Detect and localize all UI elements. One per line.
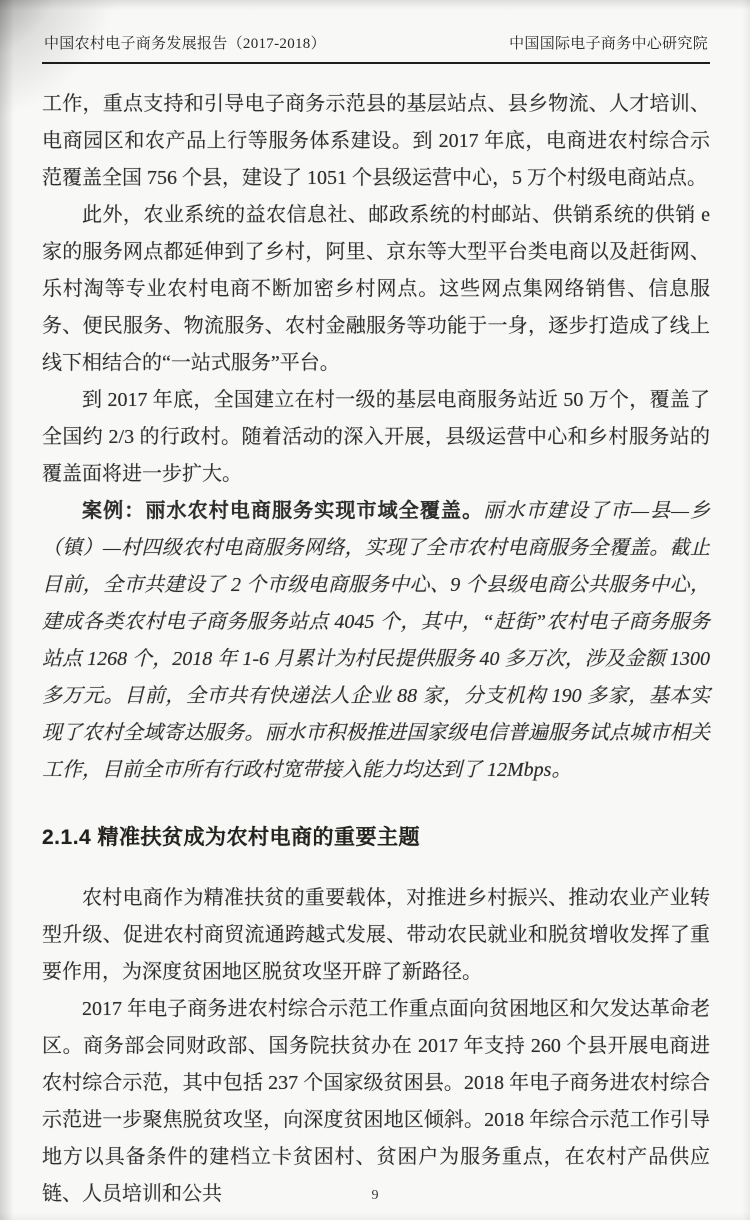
document-body: 工作，重点支持和引导电子商务示范县的基层站点、县乡物流、人才培训、电商园区和农产… [42,70,710,1213]
case-study-body: 丽水市建设了市—县—乡（镇）—村四级农村电商服务网络，实现了全市农村电商服务全覆… [42,500,710,781]
paragraph-service-networks: 此外，农业系统的益农信息社、邮政系统的村邮站、供销系统的供销 e 家的服务网点都… [42,197,710,382]
page-header: 中国农村电子商务发展报告（2017-2018） 中国国际电子商务中心研究院 [42,26,710,62]
section-heading-2-1-4: 2.1.4 精准扶贫成为农村电商的重要主题 [42,819,710,856]
paragraph-demonstration-counties: 2017 年电子商务进农村综合示范工作重点面向贫困地区和欠发达革命老区。商务部会… [42,991,710,1213]
header-right-title: 中国国际电子商务中心研究院 [509,32,708,53]
document-page: 中国农村电子商务发展报告（2017-2018） 中国国际电子商务中心研究院 工作… [0,0,750,1220]
paragraph-village-stations: 到 2017 年底，全国建立在村一级的基层电商服务站近 50 万个，覆盖了全国约… [42,382,710,493]
header-left-title: 中国农村电子商务发展报告（2017-2018） [44,32,326,53]
case-study-paragraph: 案例：丽水农村电商服务实现市域全覆盖。丽水市建设了市—县—乡（镇）—村四级农村电… [42,493,710,789]
page-footer: 9 [0,1188,750,1204]
header-divider [42,62,710,64]
case-study-label: 案例：丽水农村电商服务实现市域全覆盖。 [82,500,483,522]
paragraph-poverty-alleviation: 农村电商作为精准扶贫的重要载体，对推进乡村振兴、推动农业产业转型升级、促进农村商… [42,880,710,991]
page-number: 9 [372,1188,379,1203]
paragraph-continuation: 工作，重点支持和引导电子商务示范县的基层站点、县乡物流、人才培训、电商园区和农产… [42,86,710,197]
